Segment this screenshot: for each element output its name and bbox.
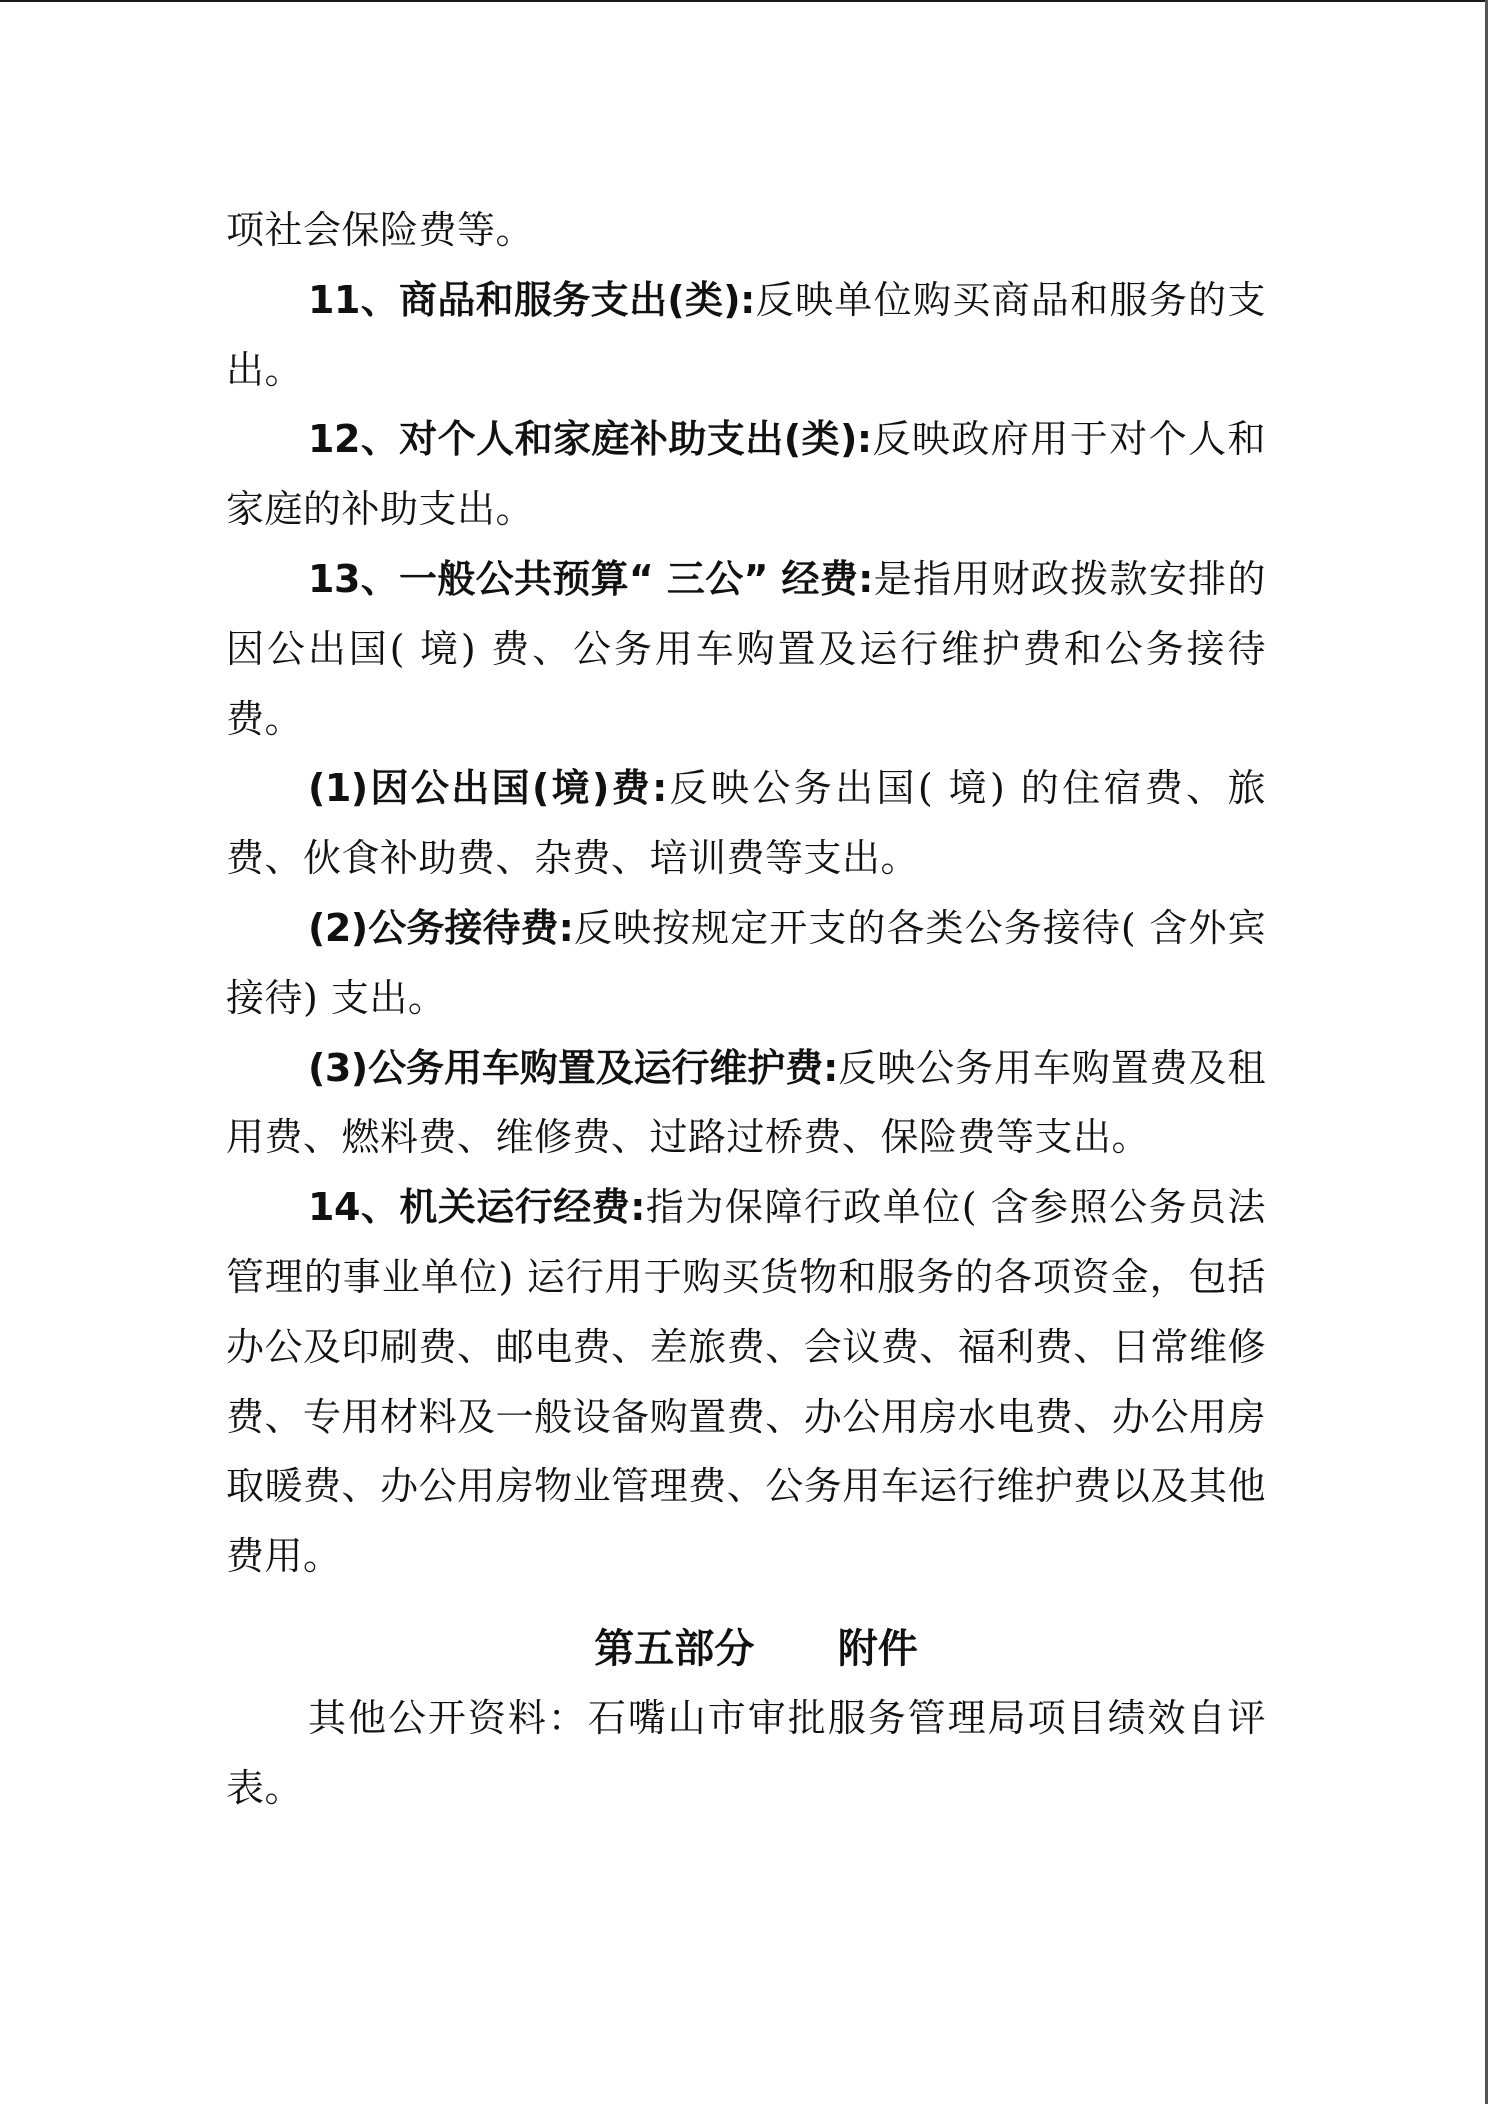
term-definition: 指为保障行政单位( 含参照公务员法管理的事业单位) 运行用于购买货物和服务的各项…: [226, 1185, 1266, 1578]
paragraph-three-public-expenses: 13、一般公共预算“ 三公” 经费:是指用财政拨款安排的因公出国( 境) 费、公…: [226, 545, 1266, 754]
term-label: 13、一般公共预算“ 三公” 经费:: [308, 557, 873, 601]
document-page: 项社会保险费等。 11、商品和服务支出(类):反映单位购买商品和服务的支出。 1…: [226, 196, 1266, 1824]
section-heading-part-five-attachments: 第五部分 附件: [226, 1614, 1266, 1684]
paragraph-text: 其他公开资料：石嘴山市审批服务管理局项目绩效自评表。: [226, 1696, 1266, 1810]
paragraph-overseas-travel-expense: (1)因公出国(境)费:反映公务出国( 境) 的住宿费、旅费、伙食补助费、杂费、…: [226, 754, 1266, 894]
term-label: (1)因公出国(境)费:: [308, 766, 667, 810]
paragraph-social-insurance-tail: 项社会保险费等。: [226, 196, 1266, 266]
page-top-border: [0, 0, 1488, 2]
term-label: (3)公务用车购置及运行维护费:: [308, 1046, 838, 1090]
paragraph-household-subsidy-expenditure: 12、对个人和家庭补助支出(类):反映政府用于对个人和家庭的补助支出。: [226, 405, 1266, 545]
paragraph-goods-services-expenditure: 11、商品和服务支出(类):反映单位购买商品和服务的支出。: [226, 266, 1266, 406]
term-label: (2)公务接待费:: [308, 906, 573, 950]
paragraph-text: 项社会保险费等。: [226, 208, 534, 252]
paragraph-other-public-materials: 其他公开资料：石嘴山市审批服务管理局项目绩效自评表。: [226, 1684, 1266, 1824]
paragraph-official-vehicle-expense: (3)公务用车购置及运行维护费:反映公务用车购置费及租用费、燃料费、维修费、过路…: [226, 1034, 1266, 1174]
paragraph-official-reception-expense: (2)公务接待费:反映按规定开支的各类公务接待( 含外宾接待) 支出。: [226, 894, 1266, 1034]
paragraph-agency-operating-expense: 14、机关运行经费:指为保障行政单位( 含参照公务员法管理的事业单位) 运行用于…: [226, 1173, 1266, 1592]
term-label: 14、机关运行经费:: [308, 1185, 645, 1229]
term-label: 12、对个人和家庭补助支出(类):: [308, 417, 872, 461]
term-label: 11、商品和服务支出(类):: [308, 278, 755, 322]
